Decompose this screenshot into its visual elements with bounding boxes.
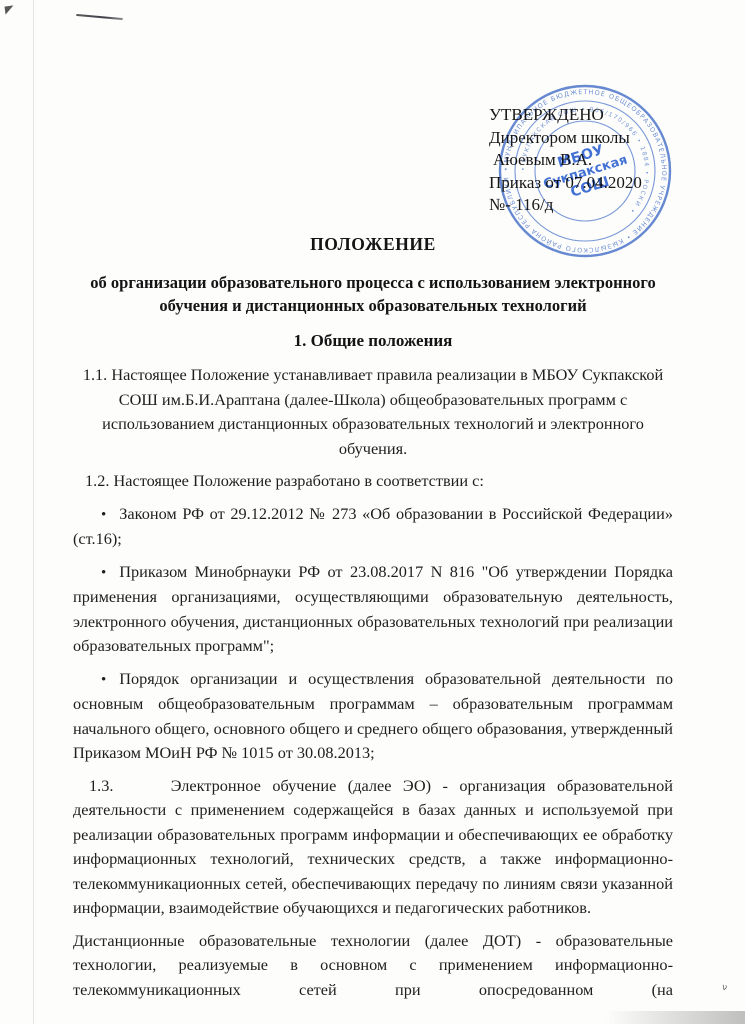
legal-references-list: •Законом РФ от 29.12.2012 № 273 «Об обра…	[73, 502, 673, 766]
section-heading: 1. Общие положения	[73, 329, 673, 354]
scan-edge-line	[33, 0, 34, 1024]
bullet-icon: •	[101, 672, 106, 688]
document-subtitle: об организации образовательного процесса…	[73, 271, 673, 318]
list-item-text: Порядок организации и осуществления обра…	[73, 669, 673, 763]
paragraph-1-1: 1.1. Настоящее Положение устанавливает п…	[73, 363, 673, 461]
paragraph-1-2: 1.2. Настоящее Положение разработано в с…	[73, 469, 673, 494]
list-item-text: Приказом Минобрнауки РФ от 23.08.2017 N …	[73, 562, 673, 656]
scan-shadow	[605, 1011, 745, 1024]
list-item: •Законом РФ от 29.12.2012 № 273 «Об обра…	[73, 502, 673, 552]
bullet-icon: •	[101, 507, 106, 523]
bullet-icon: •	[101, 565, 106, 581]
school-round-stamp: • МУНИЦИПАЛЬНОЕ БЮДЖЕТНОЕ ОБЩЕОБРАЗОВАТЕ…	[494, 80, 676, 262]
corner-pen-mark	[4, 5, 14, 14]
pen-stroke-mark	[76, 14, 123, 20]
stamp-center-text: МБОУ Сукпакская СОШ	[537, 136, 634, 207]
pen-tick-mark: ν	[721, 983, 727, 994]
document-body: ПОЛОЖЕНИЕ об организации образовательног…	[73, 232, 673, 1010]
list-item: •Порядок организации и осуществления обр…	[73, 667, 673, 766]
paragraph-dot-definition: Дистанционные образовательные технологии…	[73, 929, 673, 1003]
scanned-document-page: УТВЕРЖДЕНО Директором школы Аюевым В.А. …	[0, 0, 745, 1024]
list-item: •Приказом Минобрнауки РФ от 23.08.2017 N…	[73, 560, 673, 659]
paragraph-1-3: 1.3. Электронное обучение (далее ЭО) - о…	[73, 774, 673, 921]
list-item-text: Законом РФ от 29.12.2012 № 273 «Об образ…	[73, 504, 673, 549]
